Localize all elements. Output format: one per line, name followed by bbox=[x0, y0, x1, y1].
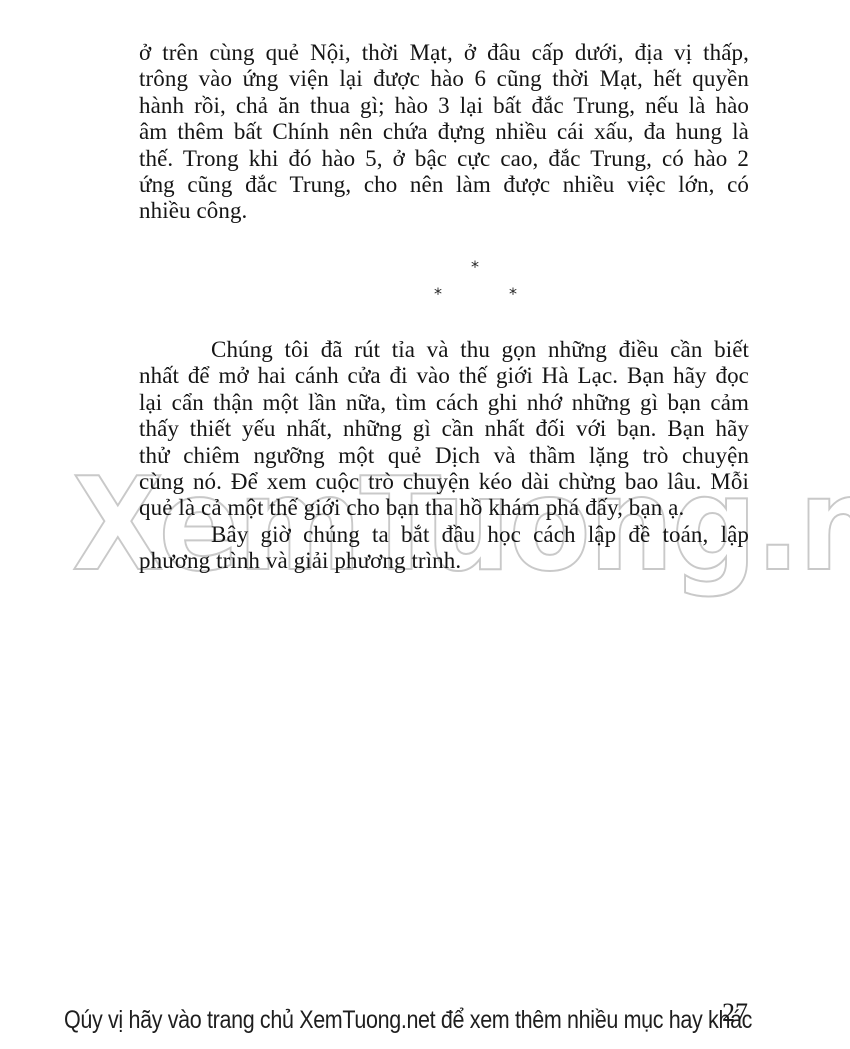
asterisk-icon: * bbox=[509, 286, 517, 302]
paragraph-3: Bây giờ chúng ta bắt đầu học cách lập đề… bbox=[139, 522, 749, 575]
document-page: XemTuong.net ở trên cùng quẻ Nội, thời M… bbox=[0, 0, 850, 1049]
paragraph-2: Chúng tôi đã rút tỉa và thu gọn những đi… bbox=[139, 337, 749, 522]
asterisk-icon: * bbox=[471, 259, 479, 275]
text-line: nhất để mở hai cánh cửa đi vào thế giới … bbox=[139, 363, 749, 389]
text-line: ứng cũng đắc Trung, cho nên làm được nhi… bbox=[139, 172, 749, 198]
text-line: Bây giờ chúng ta bắt đầu học cách lập đề… bbox=[139, 522, 749, 548]
asterisk-icon: * bbox=[434, 286, 442, 302]
text-line: trông vào ứng viện lại được hào 6 cũng t… bbox=[139, 66, 749, 92]
text-line: âm thêm bất Chính nên chứa đựng nhiều cá… bbox=[139, 119, 749, 145]
page-number: 27 bbox=[722, 999, 748, 1027]
footer-banner: Qúy vị hãy vào trang chủ XemTuong.net để… bbox=[64, 1004, 752, 1036]
text-line: quẻ là cả một thế giới cho bạn tha hồ kh… bbox=[139, 495, 749, 521]
text-line: thấy thiết yếu nhất, những gì cần nhất đ… bbox=[139, 416, 749, 442]
footer-prefix: Qúy vị hãy vào trang chủ bbox=[64, 1006, 299, 1034]
text-line: hành rồi, chả ăn thua gì; hào 3 lại bất … bbox=[139, 93, 749, 119]
footer-suffix: để xem thêm nhiều mục hay khác bbox=[435, 1006, 752, 1034]
text-line: cùng nó. Để xem cuộc trò chuyện kéo dài … bbox=[139, 469, 749, 495]
text-line: ở trên cùng quẻ Nội, thời Mạt, ở đâu cấp… bbox=[139, 40, 749, 66]
paragraph-1: ở trên cùng quẻ Nội, thời Mạt, ở đâu cấp… bbox=[139, 40, 749, 225]
text-line: nhiều công. bbox=[139, 198, 749, 224]
footer-site-link[interactable]: XemTuong.net bbox=[299, 1006, 435, 1034]
text-line: Chúng tôi đã rút tỉa và thu gọn những đi… bbox=[139, 337, 749, 363]
text-line: phương trình và giải phương trình. bbox=[139, 548, 749, 574]
text-line: thế. Trong khi đó hào 5, ở bậc cực cao, … bbox=[139, 146, 749, 172]
text-line: lại cẩn thận một lần nữa, tìm cách ghi n… bbox=[139, 390, 749, 416]
text-line: thử chiêm ngưỡng một quẻ Dịch và thầm lặ… bbox=[139, 443, 749, 469]
